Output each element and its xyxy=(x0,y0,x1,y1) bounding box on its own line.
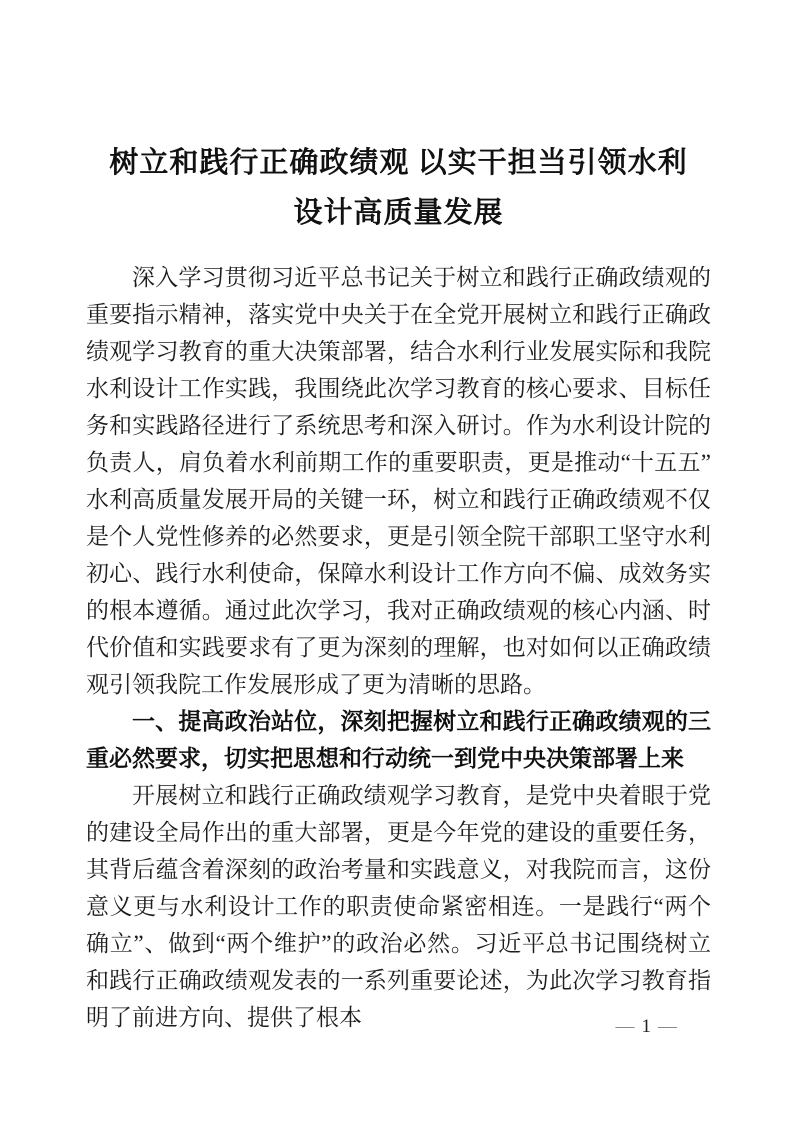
section-heading-1: 一、提高政治站位，深刻把握树立和践行正确政绩观的三重必然要求，切实把思想和行动统… xyxy=(86,703,711,777)
page-number: —1— xyxy=(616,1014,678,1040)
document-content: 树立和践行正确政绩观 以实干担当引领水利 设计高质量发展 深入学习贯彻习近平总书… xyxy=(86,138,711,1036)
page-number-value: 1 xyxy=(635,1016,659,1037)
paragraph-intro: 深入学习贯彻习近平总书记关于树立和践行正确政绩观的重要指示精神，落实党中央关于在… xyxy=(86,259,711,703)
paragraph-section-1: 开展树立和践行正确政绩观学习教育，是党中央着眼于党的建设全局作出的重大部署，更是… xyxy=(86,777,711,1036)
document-page: 树立和践行正确政绩观 以实干担当引领水利 设计高质量发展 深入学习贯彻习近平总书… xyxy=(0,0,793,1122)
page-number-dash-left: — xyxy=(616,1016,635,1037)
document-title: 树立和践行正确政绩观 以实干担当引领水利 设计高质量发展 xyxy=(86,138,711,238)
title-line-1: 树立和践行正确政绩观 以实干担当引领水利 xyxy=(86,138,711,188)
page-number-dash-right: — xyxy=(658,1016,677,1037)
title-line-2: 设计高质量发展 xyxy=(86,188,711,238)
